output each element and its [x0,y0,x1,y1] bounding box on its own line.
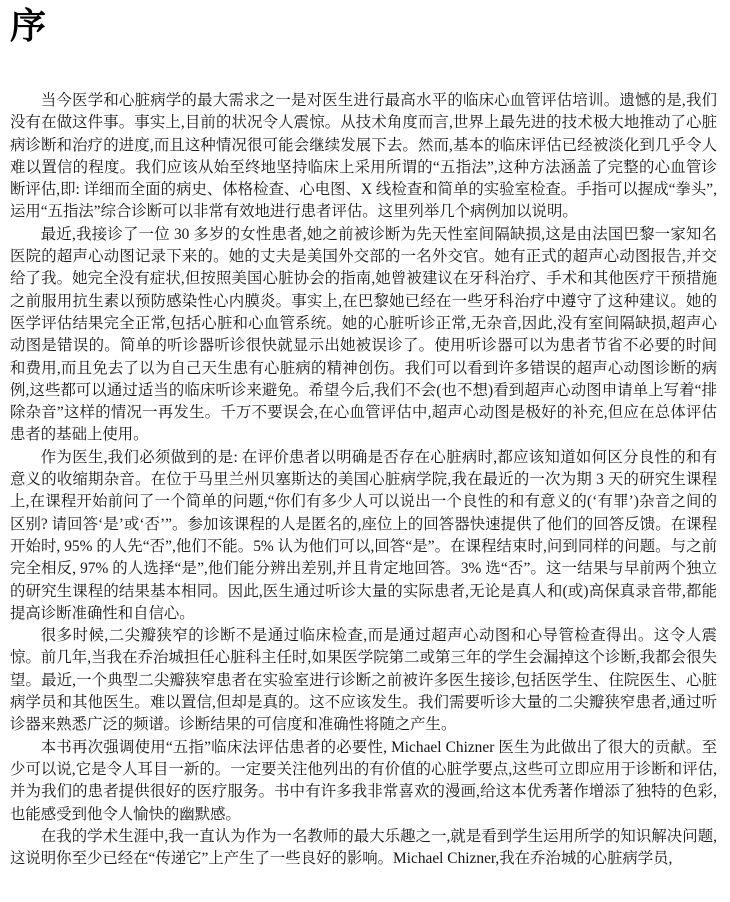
preface-paragraph: 本书再次强调使用“五指”临床法评估患者的必要性, Michael Chizner… [10,737,717,826]
preface-page: 序 当今医学和心脏病学的最大需求之一是对医生进行最高水平的临床心血管评估培训。遗… [0,0,730,902]
preface-paragraph: 作为医生,我们必须做到的是: 在评价患者以明确是否存在心脏病时,都应该知道如何区… [10,447,717,625]
preface-paragraph: 在我的学术生涯中,我一直认为作为一名教师的最大乐趣之一,就是看到学生运用所学的知… [10,826,717,871]
preface-paragraph: 最近,我接诊了一位 30 多岁的女性患者,她之前被诊断为先天性室间隔缺损,这是由… [10,224,717,447]
preface-paragraph: 当今医学和心脏病学的最大需求之一是对医生进行最高水平的临床心血管评估培训。遗憾的… [10,90,717,224]
preface-paragraph: 很多时候,二尖瓣狭窄的诊断不是通过临床检查,而是通过超声心动图和心导管检查得出。… [10,625,717,736]
preface-body: 当今医学和心脏病学的最大需求之一是对医生进行最高水平的临床心血管评估培训。遗憾的… [10,90,717,870]
page-title: 序 [10,6,717,46]
